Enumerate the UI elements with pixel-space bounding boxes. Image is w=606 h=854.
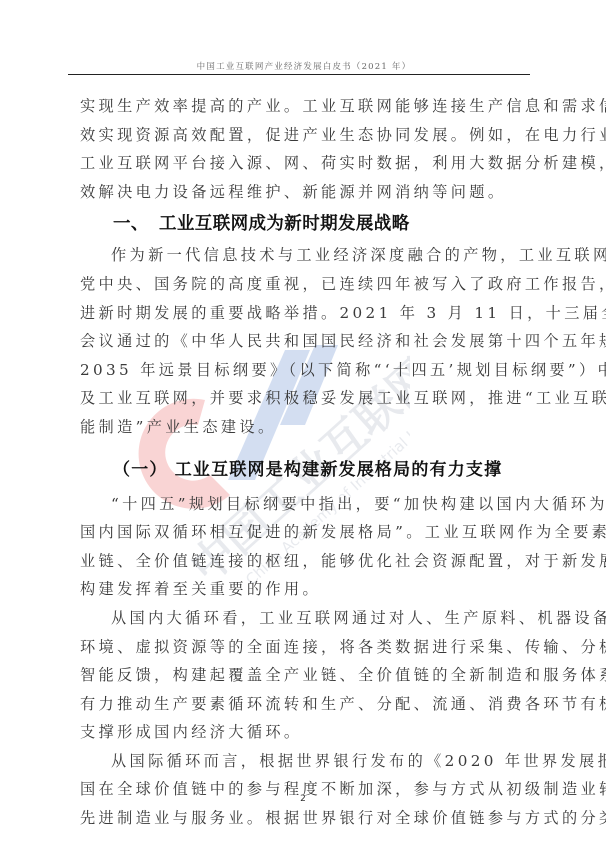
- document-body: 实现生产效率提高的产业。工业互联网能够连接生产信息和需求信息，有 效实现资源高效…: [80, 92, 530, 833]
- body-line: 及工业互联网，并要求积极稳妥发展工业互联网，推进“工业互联网＋智: [80, 384, 530, 413]
- body-line: 业链、全价值链连接的枢纽，能够优化社会资源配置，对于新发展格局的: [80, 547, 530, 576]
- body-line: 效实现资源高效配置，促进产业生态协同发展。例如，在电力行业，通过: [80, 121, 530, 150]
- header-rule: [68, 74, 530, 75]
- body-line: 环境、虚拟资源等的全面连接，将各类数据进行采集、传输、分析并形成: [80, 633, 530, 662]
- body-line: 实现生产效率提高的产业。工业互联网能够连接生产信息和需求信息，有: [80, 92, 530, 121]
- document-page: 中国工业互联网产业经济发展白皮书（2021 年） 中国工业互联网研究院 Chin…: [0, 0, 606, 854]
- page-number: 2: [296, 794, 310, 804]
- body-line: 从国内大循环看，工业互联网通过对人、生产原料、机器设备、运行: [80, 604, 530, 633]
- subsection-heading: （一） 工业互联网是构建新发展格局的有力支撑: [80, 450, 530, 490]
- body-line: “十四五”规划目标纲要中指出，要“加快构建以国内大循环为主体、: [80, 490, 530, 519]
- body-line: 先进制造业与服务业。根据世界银行对全球价值链参与方式的分类标准，: [80, 804, 530, 833]
- body-line: 会议通过的《中华人民共和国国民经济和社会发展第十四个五年规划和: [80, 327, 530, 356]
- body-line: 能制造”产业生态建设。: [80, 413, 530, 442]
- body-line: 工业互联网平台接入源、网、荷实时数据，利用大数据分析建模，可以有: [80, 149, 530, 178]
- body-line: 有力推动生产要素循环流转和生产、分配、流通、消费各环节有机衔接，: [80, 690, 530, 719]
- body-line: 效解决电力设备远程维护、新能源并网消纳等问题。: [80, 178, 530, 207]
- body-line: 国内国际双循环相互促进的新发展格局”。工业互联网作为全要素、全产: [80, 518, 530, 547]
- body-line: 2035 年远景目标纲要》（以下简称“‘十四五’规划目标纲要”）中三次提: [80, 356, 530, 385]
- section-heading: 一、工业互联网成为新时期发展战略: [80, 207, 530, 241]
- body-line: 智能反馈，构建起覆盖全产业链、全价值链的全新制造和服务体系，能够: [80, 661, 530, 690]
- body-line: 党中央、国务院的高度重视，已连续四年被写入了政府工作报告，成为促: [80, 270, 530, 299]
- running-header: 中国工业互联网产业经济发展白皮书（2021 年）: [78, 60, 530, 72]
- body-line: 从国际循环而言，根据世界银行发布的《2020 年世界发展报告》，我: [80, 747, 530, 776]
- section-title: 工业互联网成为新时期发展战略: [159, 214, 410, 234]
- body-line: 作为新一代信息技术与工业经济深度融合的产物，工业互联网受到: [80, 241, 530, 270]
- body-line: 构建发挥着至关重要的作用。: [80, 575, 530, 604]
- body-line: 进新时期发展的重要战略举措。2021 年 3 月 11 日，十三届全国人大四次: [80, 299, 530, 328]
- body-line: 支撑形成国内经济大循环。: [80, 718, 530, 747]
- section-number: 一、: [113, 207, 159, 241]
